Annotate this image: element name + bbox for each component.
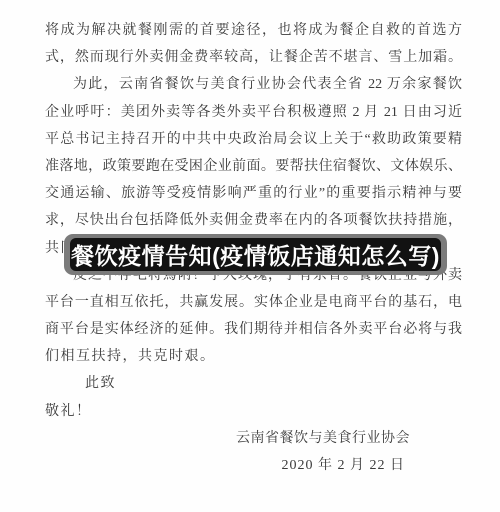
text-line: 为此，云南省餐饮与美食行业协会代表全省 22 万余家餐饮 — [45, 71, 462, 98]
title-banner-inner: 餐饮疫情告知(疫情饭店通知怎么写) — [70, 238, 441, 271]
banner-title: 餐饮疫情告知(疫情饭店通知怎么写) — [71, 238, 440, 271]
text-line: 商平台是实体经济的延伸。我们期待并相信各外卖平台必将与我 — [45, 316, 462, 343]
text-line: 平台一直相互依托，共赢发展。实体企业是电商平台的基石，电 — [45, 289, 462, 316]
text-line: 2020 年 2 月 22 日 — [45, 452, 462, 479]
text-line: 们相互扶持，共克时艰。 — [45, 343, 462, 370]
text-line: 交通运输、旅游等受疫情影响严重的行业”的重要指示精神与要 — [45, 180, 462, 207]
document-page: 将成为解决就餐刚需的首要途径，也将成为餐企自救的首选方式，然而现行外卖佣金费率较… — [0, 0, 500, 512]
text-line: 式，然而现行外卖佣金费率较高，让餐企苦不堪言、雪上加霜。 — [45, 44, 462, 71]
text-line: 将成为解决就餐刚需的首要途径，也将成为餐企自救的首选方 — [45, 17, 462, 44]
text-line: 云南省餐饮与美食行业协会 — [45, 425, 462, 452]
text-line: 平总书记主持召开的中共中央政治局会议上关于“救助政策要精 — [45, 126, 462, 153]
title-banner: 餐饮疫情告知(疫情饭店通知怎么写) — [64, 234, 447, 275]
text-line: 敬礼！ — [45, 398, 462, 425]
text-line: 准落地，政策要跑在受困企业前面。要帮扶住宿餐饮、文体娱乐、 — [45, 153, 462, 180]
text-line: 企业呼吁：美团外卖等各类外卖平台积极遵照 2 月 21 日由习近 — [45, 99, 462, 126]
text-line: 此致 — [45, 370, 462, 397]
text-line: 求，尽快出台包括降低外卖佣金费率在内的各项餐饮扶持措施， — [45, 207, 462, 234]
